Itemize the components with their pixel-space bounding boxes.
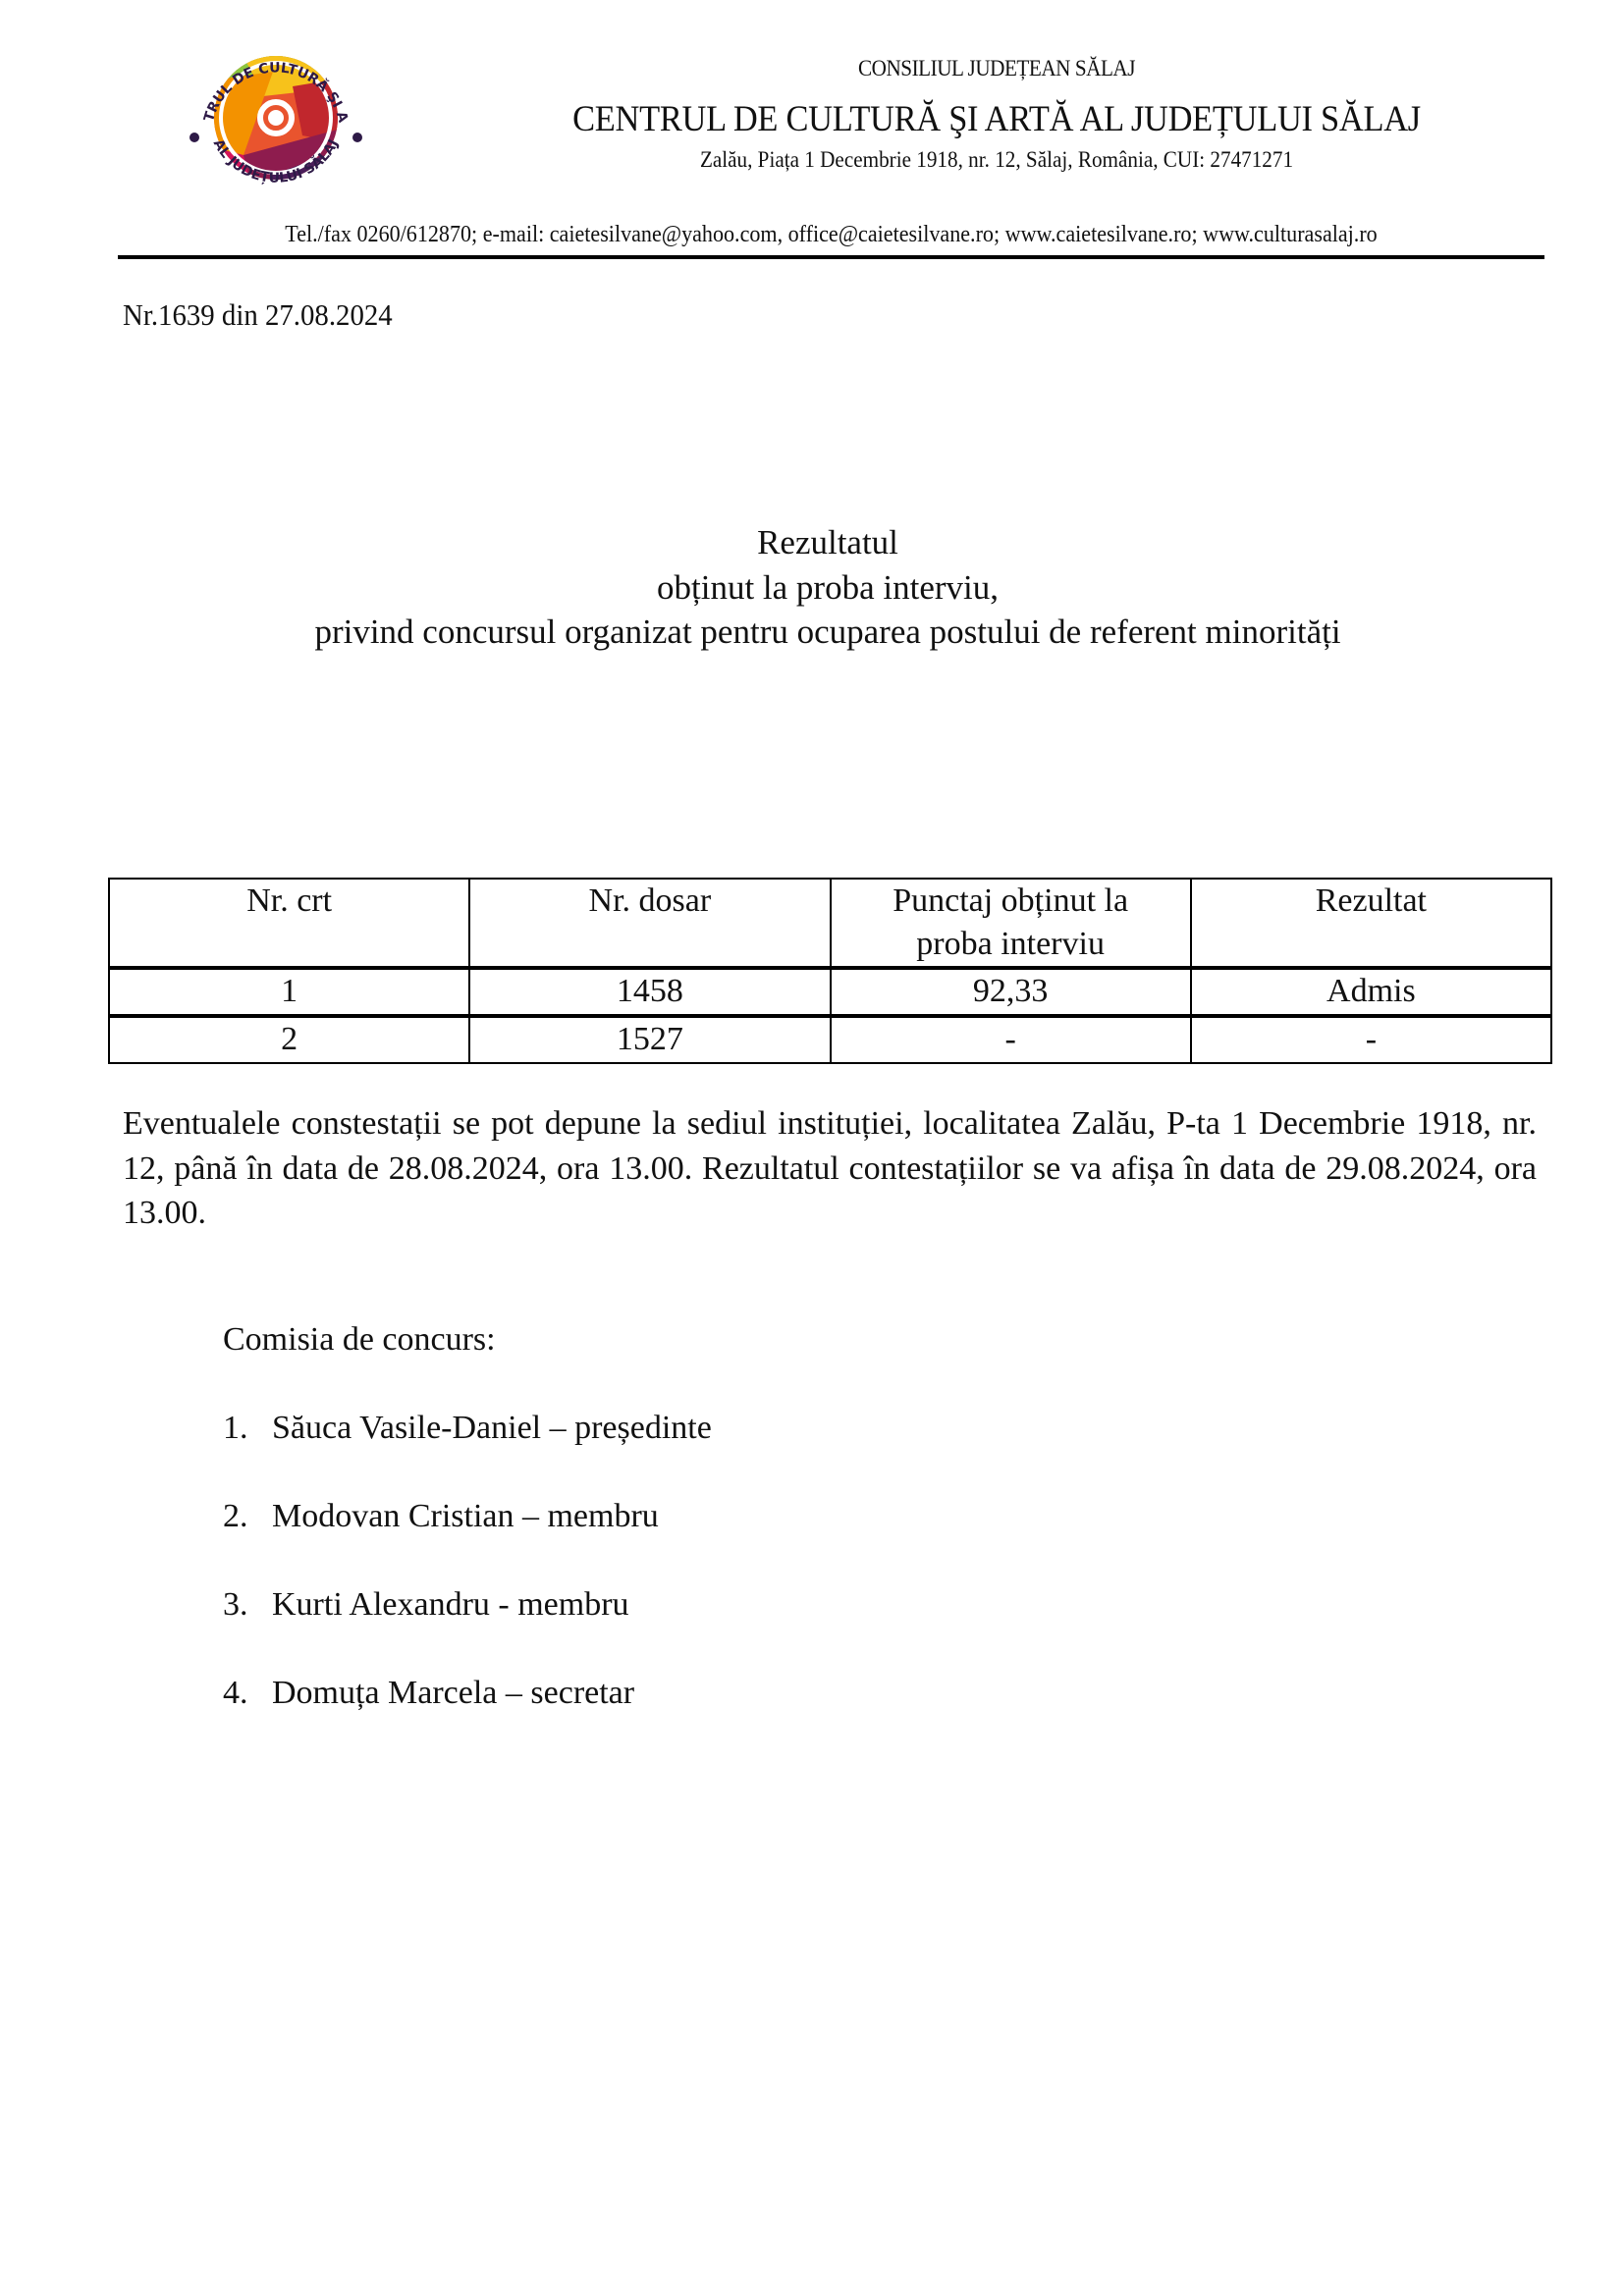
document-subtitle: obținut la proba interviu, (196, 568, 1459, 608)
commission-member: 2.Modovan Cristian – membru (223, 1498, 659, 1535)
column-header-punctaj: Punctaj obținut la proba interviu (831, 879, 1191, 968)
member-name: Modovan Cristian – membru (272, 1498, 659, 1534)
column-header-nr-dosar: Nr. dosar (469, 879, 830, 968)
commission-member: 3.Kurti Alexandru - membru (223, 1586, 629, 1624)
commission-member: 1.Săuca Vasile-Daniel – președinte (223, 1410, 712, 1447)
organization-name: CENTRUL DE CULTURĂ ŞI ARTĂ AL JUDEȚULUI … (526, 98, 1467, 140)
organization-logo: CENTRUL DE CULTURĂ ŞI ARTĂ AL JUDEȚULUI … (185, 27, 367, 210)
member-name: Domuța Marcela – secretar (272, 1675, 634, 1711)
cell-nr-dosar: 1527 (469, 1016, 830, 1063)
document-title: Rezultatul (196, 523, 1459, 562)
registration-number: Nr.1639 din 27.08.2024 (123, 297, 393, 333)
document-subtitle-position: privind concursul organizat pentru ocupa… (196, 613, 1459, 652)
circular-logo-icon: CENTRUL DE CULTURĂ ŞI ARTĂ AL JUDEȚULUI … (185, 27, 367, 210)
commission-title: Comisia de concurs: (223, 1321, 496, 1359)
cell-rezultat: Admis (1191, 968, 1551, 1016)
member-number: 4. (223, 1675, 272, 1712)
member-number: 2. (223, 1498, 272, 1535)
column-header-rezultat: Rezultat (1191, 879, 1551, 968)
cell-nr-crt: 2 (109, 1016, 469, 1063)
column-header-nr-crt: Nr. crt (109, 879, 469, 968)
organization-address: Zalău, Piața 1 Decembrie 1918, nr. 12, S… (531, 147, 1462, 173)
contact-line: Tel./fax 0260/612870; e-mail: caietesilv… (175, 222, 1488, 248)
cell-punctaj: 92,33 (831, 968, 1191, 1016)
table-row: 1 1458 92,33 Admis (109, 968, 1551, 1016)
council-name: CONSILIUL JUDEȚEAN SĂLAJ (531, 56, 1462, 81)
cell-nr-dosar: 1458 (469, 968, 830, 1016)
cell-punctaj: - (831, 1016, 1191, 1063)
member-number: 1. (223, 1410, 272, 1447)
member-name: Săuca Vasile-Daniel – președinte (272, 1410, 712, 1446)
member-name: Kurti Alexandru - membru (272, 1586, 629, 1623)
table-row: 2 1527 - - (109, 1016, 1551, 1063)
member-number: 3. (223, 1586, 272, 1624)
table-header-row: Nr. crt Nr. dosar Punctaj obținut la pro… (109, 879, 1551, 968)
header-divider (118, 255, 1544, 259)
appeal-notice: Eventualele constestații se pot depune l… (123, 1101, 1537, 1236)
cell-nr-crt: 1 (109, 968, 469, 1016)
cell-rezultat: - (1191, 1016, 1551, 1063)
results-table: Nr. crt Nr. dosar Punctaj obținut la pro… (108, 878, 1552, 1064)
commission-member: 4.Domuța Marcela – secretar (223, 1675, 634, 1712)
